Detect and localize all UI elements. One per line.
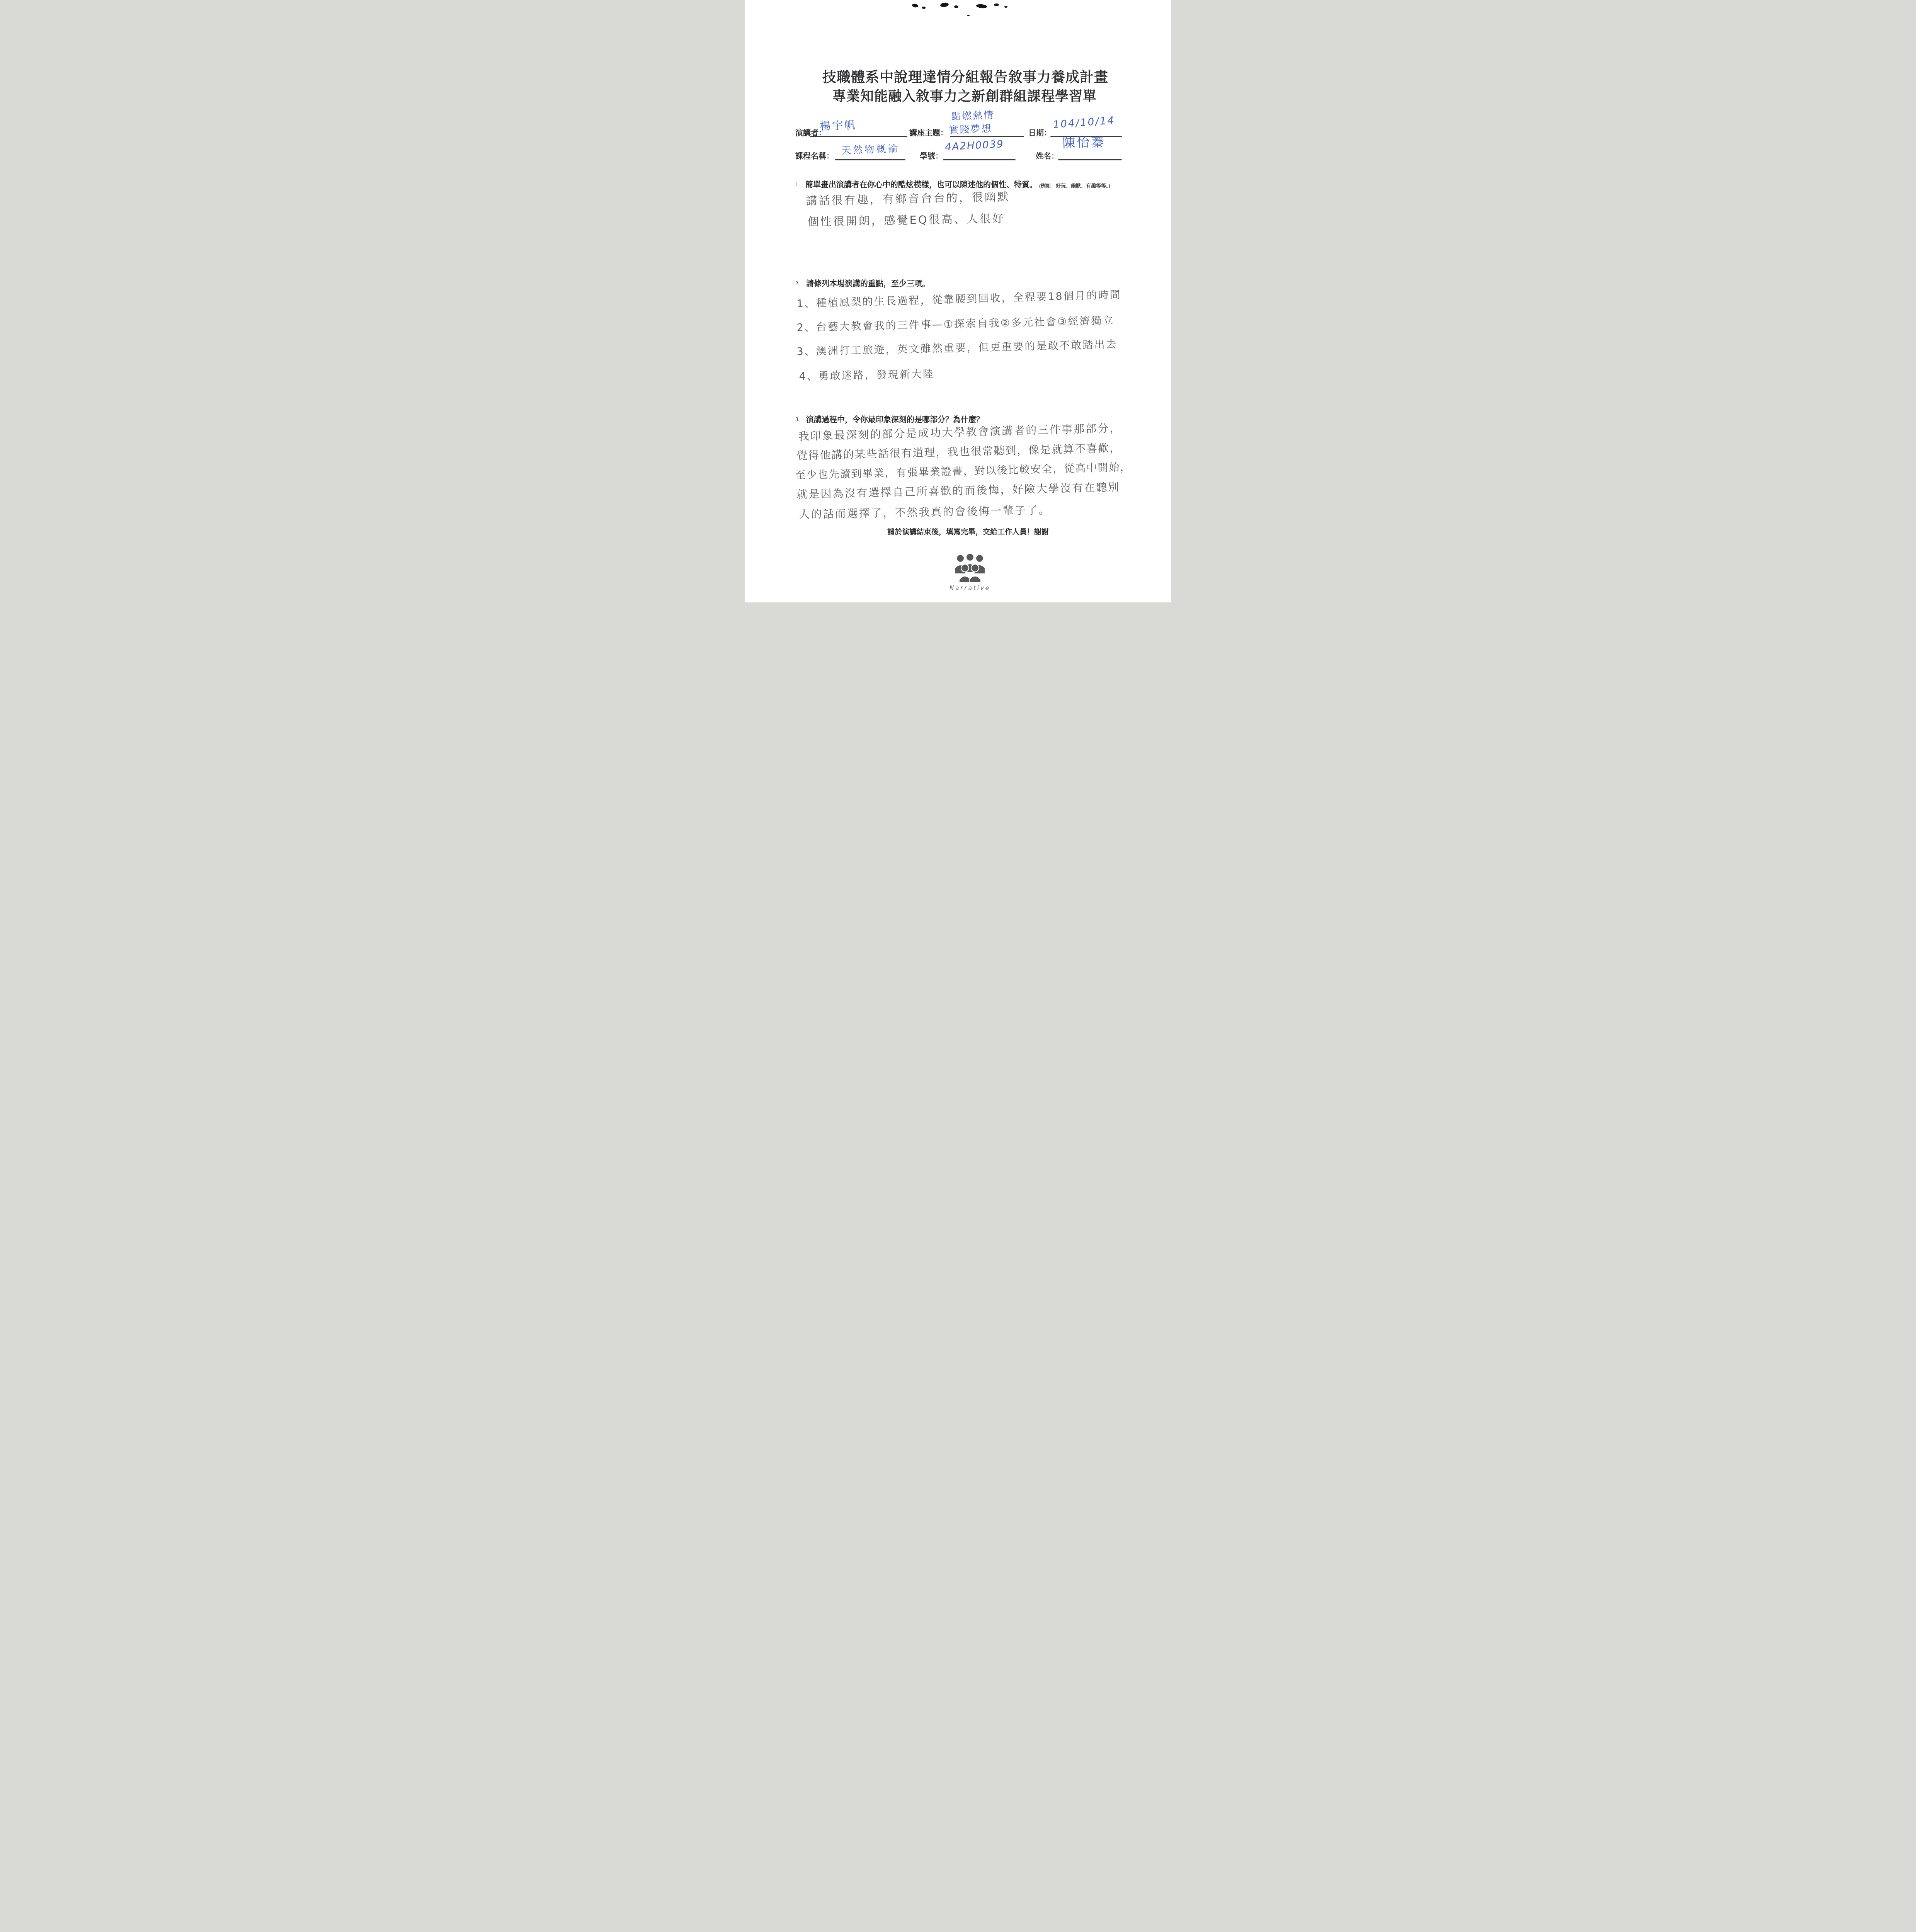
question-2-answer-line: 1、種植鳳梨的生長過程，從靠腰到回收，全程要18個月的時間 <box>796 286 1121 310</box>
topic-value-line1: 點燃熱情 <box>951 107 995 123</box>
scan-noise-speck <box>912 3 919 8</box>
question-3-answer-line: 人的話而選擇了，不然我真的會後悔一輩子了。 <box>799 502 1051 522</box>
date-value: 104/10/14 <box>1053 115 1115 131</box>
question-1-number: 1. <box>795 182 799 188</box>
worksheet-title-line1: 技職體系中說理達情分組報告敘事力養成計畫 <box>822 66 1108 86</box>
course-label: 課程名稱： <box>795 150 834 161</box>
course-value: 天然物概論 <box>841 141 900 157</box>
scan-noise-speck <box>994 3 999 6</box>
question-3-answer-line: 至少也先讀到畢業，有張畢業證書，對以後比較安全，從高中開始， <box>795 459 1132 482</box>
worksheet-title-line2: 專業知能融入敘事力之新創群組課程學習單 <box>832 86 1097 105</box>
scan-noise-speck <box>967 15 970 16</box>
narrative-logo: Narrative <box>947 553 993 596</box>
question-2-text: 請條列本場演講的重點，至少三項。 <box>806 277 930 289</box>
date-label: 日期： <box>1028 127 1052 138</box>
question-3-text: 演講過程中，令你最印象深刻的是哪部分？為什麼？ <box>806 413 984 425</box>
question-2-number: 2. <box>795 281 800 287</box>
topic-label: 講座主題： <box>909 127 948 138</box>
question-1-text: 簡單畫出演講者在你心中的酷炫模樣，也可以陳述他的個性、特質。 (例如：好玩、幽默… <box>805 179 1110 190</box>
question-1-note: (例如：好玩、幽默、有趣等等。) <box>1039 183 1110 189</box>
topic-value-line2: 實踐夢想 <box>949 121 992 136</box>
question-3-answer-line: 就是因為沒有選擇自己所喜歡的而後悔，好險大學沒有在聽別 <box>796 479 1120 502</box>
name-underline <box>1058 159 1122 160</box>
question-1-answer-line: 個性很開朗，感覺EQ很高、人很好 <box>807 210 1005 229</box>
student-id-underline <box>943 159 1016 160</box>
name-value: 陳怡蓁 <box>1062 132 1106 151</box>
course-underline <box>835 159 905 160</box>
speaker-underline <box>810 136 907 137</box>
question-3-number: 3. <box>795 417 800 423</box>
scanned-worksheet-page: 技職體系中說理達情分組報告敘事力養成計畫 專業知能融入敘事力之新創群組課程學習單… <box>745 0 1171 602</box>
student-id-label: 學號： <box>920 150 943 161</box>
question-3-answer-line: 覺得他講的某些話很有道理，我也很常聽到，像是就算不喜歡， <box>796 439 1121 463</box>
footer-instruction: 請於演講結束後，填寫完畢，交給工作人員！謝謝 <box>887 526 1049 537</box>
speaker-value: 楊宇帆 <box>820 117 857 133</box>
narrative-logo-caption: Narrative <box>947 585 993 592</box>
question-2-answer-line: 3、澳洲打工旅遊，英文雖然重要，但更重要的是敢不敢踏出去 <box>796 336 1118 358</box>
question-1-answer-line: 講話很有趣，有鄉音台台的，很幽默 <box>806 188 1010 208</box>
scan-noise-speck <box>954 5 958 8</box>
scan-noise-speck <box>1004 6 1007 8</box>
scan-noise-speck <box>976 4 987 9</box>
topic-underline <box>950 136 1024 137</box>
scan-noise-speck <box>922 7 926 9</box>
question-2-answer-line: 4、勇敢迷路，發現新大陸 <box>799 366 934 383</box>
question-2-answer-line: 2、台藝大教會我的三件事—①探索自我②多元社會③經濟獨立 <box>796 312 1114 334</box>
name-label: 姓名： <box>1036 150 1059 161</box>
scan-noise-speck <box>940 2 949 8</box>
student-id-value: 4A2H0039 <box>944 138 1004 153</box>
people-group-icon <box>949 553 991 583</box>
